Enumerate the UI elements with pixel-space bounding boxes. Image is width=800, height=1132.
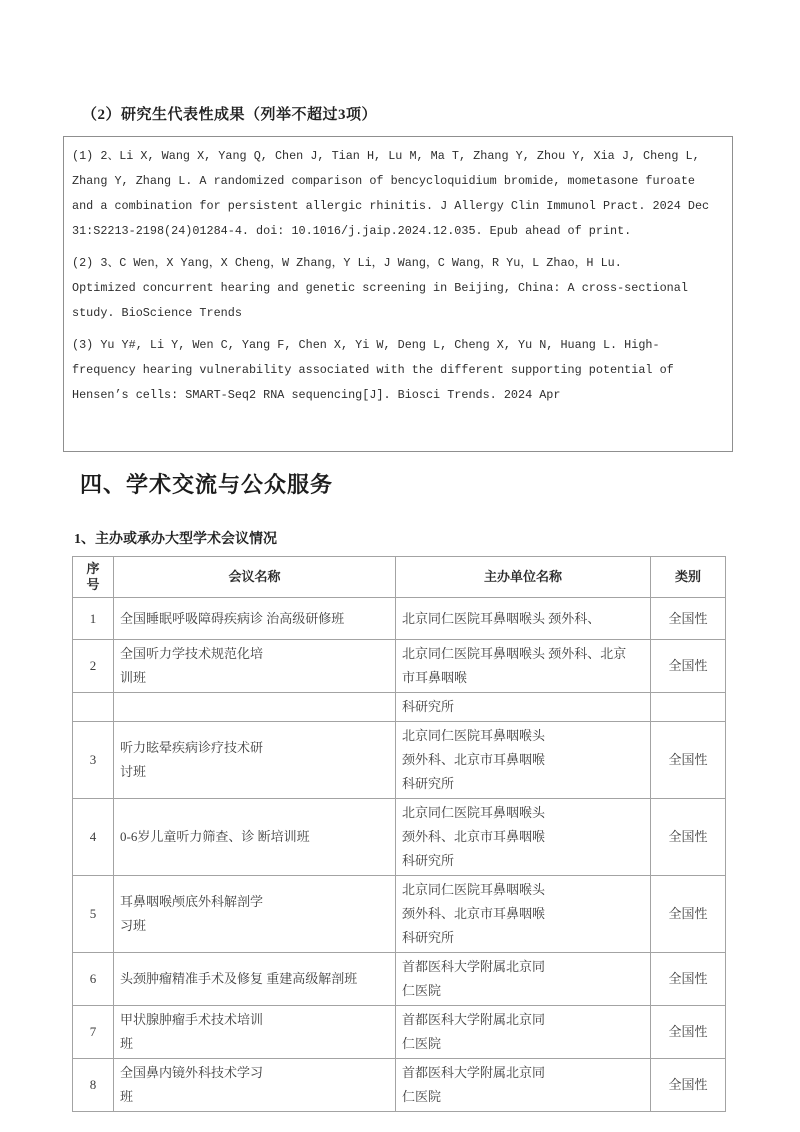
table-header-row: 序 号 会议名称 主办单位名称 类别 — [73, 557, 726, 598]
col-header-organizer: 主办单位名称 — [396, 557, 651, 598]
cell-index: 1 — [73, 598, 114, 640]
cell-category: 全国性 — [651, 598, 726, 640]
cell-conference-name — [114, 693, 396, 722]
cell-index: 7 — [73, 1006, 114, 1059]
cell-organizer: 科研究所 — [396, 693, 651, 722]
col-header-name: 会议名称 — [114, 557, 396, 598]
cell-category — [651, 693, 726, 722]
cell-conference-name: 0-6岁儿童听力筛查、诊 断培训班 — [114, 799, 396, 876]
section-title: 四、学术交流与公众服务 — [80, 468, 333, 499]
col-header-category: 类别 — [651, 557, 726, 598]
table-row: 5耳鼻咽喉颅底外科解剖学 习班北京同仁医院耳鼻咽喉头 颈外科、北京市耳鼻咽喉 科… — [73, 876, 726, 953]
table-row: 7甲状腺肿瘤手术技术培训 班首都医科大学附属北京同 仁医院全国性 — [73, 1006, 726, 1059]
cell-conference-name: 全国睡眠呼吸障碍疾病诊 治高级研修班 — [114, 598, 396, 640]
table-row: 6头颈肿瘤精准手术及修复 重建高级解剖班首都医科大学附属北京同 仁医院全国性 — [73, 953, 726, 1006]
cell-index: 3 — [73, 722, 114, 799]
cell-conference-name: 全国鼻内镜外科技术学习 班 — [114, 1059, 396, 1112]
table-row: 1全国睡眠呼吸障碍疾病诊 治高级研修班北京同仁医院耳鼻咽喉头 颈外科、全国性 — [73, 598, 726, 640]
table-row: 2全国听力学技术规范化培 训班北京同仁医院耳鼻咽喉头 颈外科、北京 市耳鼻咽喉全… — [73, 640, 726, 693]
cell-conference-name: 头颈肿瘤精准手术及修复 重建高级解剖班 — [114, 953, 396, 1006]
reference-item: (2) 3、C Wen，X Yang，X Cheng，W Zhang，Y Li，… — [72, 251, 724, 326]
cell-index — [73, 693, 114, 722]
document-page: （2）研究生代表性成果（列举不超过3项） (1) 2、Li X, Wang X,… — [0, 0, 800, 1132]
table-row: 科研究所 — [73, 693, 726, 722]
reference-item: (1) 2、Li X, Wang X, Yang Q, Chen J, Tian… — [72, 144, 724, 244]
table-row: 3听力眩晕疾病诊疗技术研 讨班北京同仁医院耳鼻咽喉头 颈外科、北京市耳鼻咽喉 科… — [73, 722, 726, 799]
cell-category: 全国性 — [651, 640, 726, 693]
cell-conference-name: 甲状腺肿瘤手术技术培训 班 — [114, 1006, 396, 1059]
subsection-title: 1、主办或承办大型学术会议情况 — [74, 528, 277, 548]
table-row: 40-6岁儿童听力筛查、诊 断培训班北京同仁医院耳鼻咽喉头 颈外科、北京市耳鼻咽… — [73, 799, 726, 876]
cell-index: 5 — [73, 876, 114, 953]
cell-organizer: 北京同仁医院耳鼻咽喉头 颈外科、 — [396, 598, 651, 640]
conference-table: 序 号 会议名称 主办单位名称 类别 1全国睡眠呼吸障碍疾病诊 治高级研修班北京… — [72, 556, 726, 1112]
cell-organizer: 首都医科大学附属北京同 仁医院 — [396, 953, 651, 1006]
cell-category: 全国性 — [651, 722, 726, 799]
cell-index: 4 — [73, 799, 114, 876]
cell-category: 全国性 — [651, 876, 726, 953]
cell-index: 6 — [73, 953, 114, 1006]
cell-organizer: 首都医科大学附属北京同 仁医院 — [396, 1059, 651, 1112]
cell-category: 全国性 — [651, 1059, 726, 1112]
cell-index: 2 — [73, 640, 114, 693]
reference-item: (3) Yu Y#, Li Y, Wen C, Yang F, Chen X, … — [72, 333, 724, 408]
cell-conference-name: 耳鼻咽喉颅底外科解剖学 习班 — [114, 876, 396, 953]
cell-organizer: 北京同仁医院耳鼻咽喉头 颈外科、北京市耳鼻咽喉 科研究所 — [396, 799, 651, 876]
cell-organizer: 北京同仁医院耳鼻咽喉头 颈外科、北京 市耳鼻咽喉 — [396, 640, 651, 693]
cell-organizer: 首都医科大学附属北京同 仁医院 — [396, 1006, 651, 1059]
cell-organizer: 北京同仁医院耳鼻咽喉头 颈外科、北京市耳鼻咽喉 科研究所 — [396, 876, 651, 953]
cell-conference-name: 听力眩晕疾病诊疗技术研 讨班 — [114, 722, 396, 799]
cell-category: 全国性 — [651, 953, 726, 1006]
cell-category: 全国性 — [651, 1006, 726, 1059]
cell-organizer: 北京同仁医院耳鼻咽喉头 颈外科、北京市耳鼻咽喉 科研究所 — [396, 722, 651, 799]
cell-category: 全国性 — [651, 799, 726, 876]
cell-conference-name: 全国听力学技术规范化培 训班 — [114, 640, 396, 693]
results-heading: （2）研究生代表性成果（列举不超过3项） — [82, 103, 377, 124]
table-row: 8全国鼻内镜外科技术学习 班首都医科大学附属北京同 仁医院全国性 — [73, 1059, 726, 1112]
references-box: (1) 2、Li X, Wang X, Yang Q, Chen J, Tian… — [63, 136, 733, 452]
col-header-index: 序 号 — [73, 557, 114, 598]
cell-index: 8 — [73, 1059, 114, 1112]
